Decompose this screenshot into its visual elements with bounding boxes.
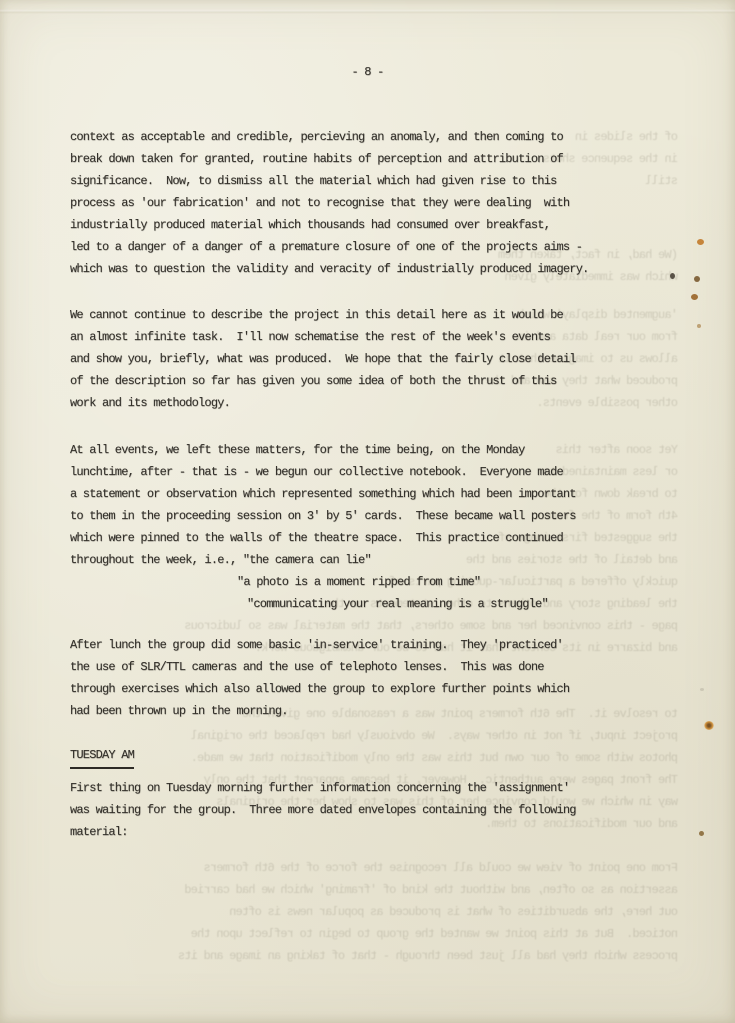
foxing-spot [700,688,704,691]
foxing-spot [697,239,704,245]
foxing-spot [694,276,700,282]
text-line: We cannot continue to describe the proje… [70,304,576,326]
page-number: - 8 - [0,61,735,83]
paragraph: At all events, we left these matters, fo… [70,439,576,571]
text-line: had been thrown up in the morning. [70,700,569,722]
text-line: which were pinned to the walls of the th… [70,527,576,549]
text-line: photos with some of our own but this was… [57,747,678,769]
text-line: "a photo is a moment ripped from time" [237,571,548,593]
paragraph: First thing on Tuesday morning further i… [70,777,576,843]
text-line: work and its methodology. [70,392,576,414]
foxing-spot [697,324,701,328]
foxing-spot [699,831,704,836]
text-line: process which they had all just been thr… [57,945,678,967]
foxing-spot [670,273,675,279]
text-line: At all events, we left these matters, fo… [70,439,576,461]
text-line: of the description so far has given you … [70,370,576,392]
text-line: and show you, briefly, what was produced… [70,348,576,370]
text-line: From one point of view we could all reco… [57,857,678,879]
paragraph: We cannot continue to describe the proje… [70,304,576,414]
text-line: an almost infinite task. I'll now schema… [70,326,576,348]
section-heading: TUESDAY AM [70,744,134,769]
text-line: lunchtime, after - that is - we begun ou… [70,461,576,483]
paper-crease [0,10,735,13]
text-line: out here, the absurdities of what is pro… [57,901,678,923]
text-line: significance. Now, to dismiss all the ma… [70,170,589,192]
paragraph: After lunch the group did some basic 'in… [70,634,569,722]
text-line: After lunch the group did some basic 'in… [70,634,569,656]
wall-poster-quotes: "a photo is a moment ripped from time""c… [237,571,548,615]
text-line: industrially produced material which tho… [70,214,589,236]
text-line: throughout the week, i.e., "the camera c… [70,549,576,571]
scanned-typewritten-page: - 8 - of the slides inin the sequence sh… [0,0,735,1023]
section-heading-label: TUESDAY AM [70,744,134,769]
text-line: to them in the proceeding session on 3' … [70,505,576,527]
text-line: noticed. But at this point we wanted the… [57,923,678,945]
foxing-spot [691,294,698,300]
text-line: project input, if not in other ways. We … [57,725,678,747]
text-line: through exercises which also allowed the… [70,678,569,700]
text-line: led to a danger of a danger of a prematu… [70,236,589,258]
text-line: material: [70,821,576,843]
text-line: which was to question the validity and v… [70,258,589,280]
paragraph: context as acceptable and credible, perc… [70,126,589,280]
text-line: First thing on Tuesday morning further i… [70,777,576,799]
text-line: a statement or observation which represe… [70,483,576,505]
text-line: "communicating your real meaning is a st… [237,593,548,615]
text-line: process as 'our fabrication' and not to … [70,192,589,214]
foxing-spot [704,721,714,730]
text-line: context as acceptable and credible, perc… [70,126,589,148]
text-line: the use of SLR/TTL cameras and the use o… [70,656,569,678]
bleedthrough-text-block: From one point of view we could all reco… [57,857,678,967]
text-line: was waiting for the group. Three more da… [70,799,576,821]
text-line: assertion as so often, and without the k… [57,879,678,901]
text-line: break down taken for granted, routine ha… [70,148,589,170]
